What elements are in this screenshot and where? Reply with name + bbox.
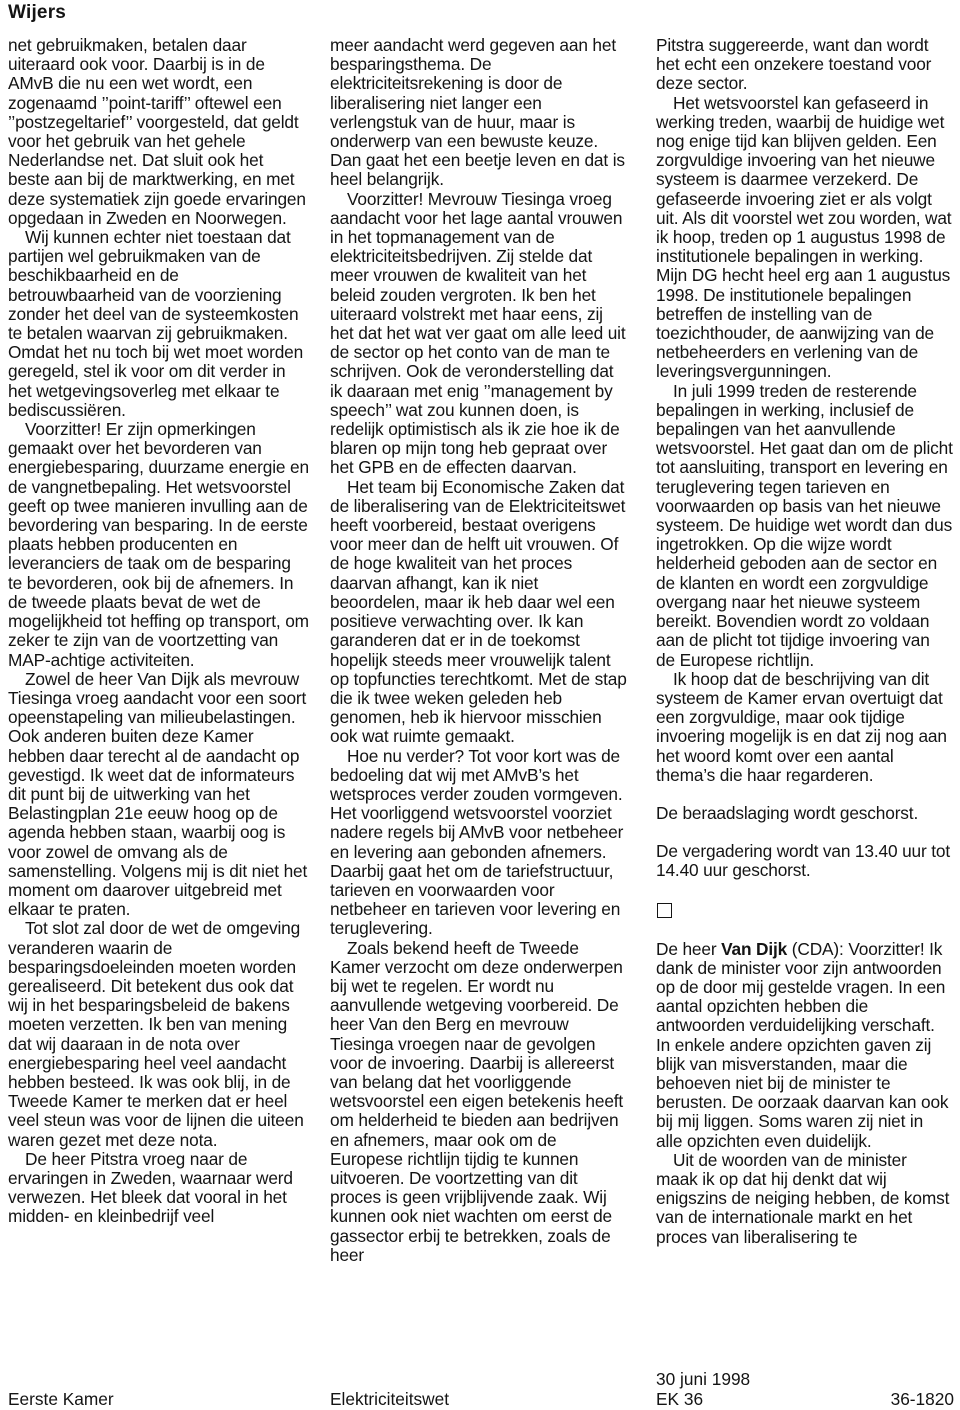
paragraph: Voorzitter! Mevrouw Tiesinga vroeg aanda…: [330, 190, 630, 478]
paragraph: Hoe nu verder? Tot voor kort was de bedo…: [330, 747, 630, 939]
page-footer: Eerste Kamer Elektriciteitswet EK 36 36-…: [0, 1389, 960, 1410]
footer-page-number: 36-1820: [891, 1389, 954, 1409]
footer-chamber: Eerste Kamer: [8, 1389, 114, 1409]
paragraph: De beraadslaging wordt geschorst.: [656, 804, 953, 823]
paragraph: De heer Pitstra vroeg naar de ervaringen…: [8, 1150, 309, 1227]
paragraph: Het team bij Economische Zaken dat de li…: [330, 478, 630, 747]
document-page: Wijers net gebruikmaken, betalen daar ui…: [0, 0, 960, 1410]
paragraph: Ik hoop dat de beschrijving van dit syst…: [656, 670, 953, 785]
footer-date-block: 30 juni 1998: [656, 1369, 750, 1389]
paragraph-gap: [656, 823, 953, 842]
paragraph: Het wetsvoorstel kan gefaseerd in werkin…: [656, 94, 953, 382]
paragraph: In juli 1999 treden de resterende bepali…: [656, 382, 953, 670]
text-column-3: Pitstra suggereerde, want dan wordt het …: [656, 36, 953, 1326]
speaker-name: Van Dijk: [721, 939, 787, 959]
paragraph-text: (CDA): Voorzitter! Ik dank de minister v…: [656, 939, 948, 1151]
paragraph-gap: [656, 785, 953, 804]
paragraph: Voorzitter! Er zijn opmerkingen gemaakt …: [8, 420, 309, 670]
paragraph: Pitstra suggereerde, want dan wordt het …: [656, 36, 953, 94]
paragraph: meer aandacht werd gegeven aan het bespa…: [330, 36, 630, 190]
text-column-2: meer aandacht werd gegeven aan het bespa…: [330, 36, 630, 1326]
footer-date: 30 juni 1998: [656, 1369, 750, 1389]
text-column-1: net gebruikmaken, betalen daar uiteraard…: [8, 36, 309, 1326]
paragraph: Wij kunnen echter niet toestaan dat part…: [8, 228, 309, 420]
paragraph-gap: [656, 881, 953, 900]
paragraph: Uit de woorden van de minister maak ik o…: [656, 1151, 953, 1247]
footer-subject: Elektriciteitswet: [330, 1389, 449, 1409]
paragraph: net gebruikmaken, betalen daar uiteraard…: [8, 36, 309, 228]
paragraph: Tot slot zal door de wet de omgeving ver…: [8, 919, 309, 1149]
paragraph: Zoals bekend heeft de Tweede Kamer verzo…: [330, 939, 630, 1265]
paragraph-text: De heer: [656, 939, 721, 959]
speaker-header: Wijers: [8, 2, 66, 24]
paragraph: De heer Van Dijk (CDA): Voorzitter! Ik d…: [656, 940, 953, 1151]
paragraph: Zowel de heer Van Dijk als mevrouw Tiesi…: [8, 670, 309, 920]
end-of-section-square-icon: [657, 903, 672, 918]
paragraph: De vergadering wordt van 13.40 uur tot 1…: [656, 842, 953, 880]
footer-code: EK 36: [656, 1389, 703, 1409]
paragraph-gap: [656, 921, 953, 940]
